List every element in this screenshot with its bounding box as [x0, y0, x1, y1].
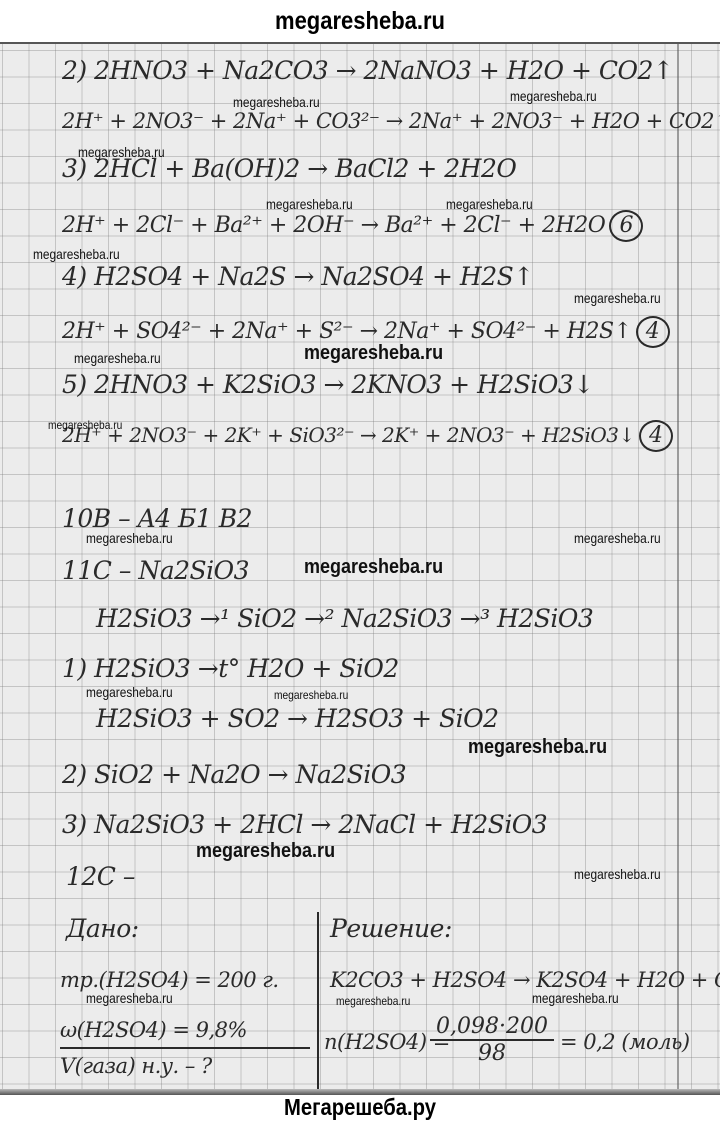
ion-count-badge: 4 [636, 316, 670, 348]
given-fraction: ω(H2SO4) = 9,8% [60, 1018, 247, 1042]
given-label: Дано: [66, 914, 139, 943]
watermark: megaresheba.ru [48, 418, 122, 432]
site-header: megaresheba.ru [43, 0, 677, 42]
given-solution-divider [317, 912, 319, 1095]
watermark: megaresheba.ru [33, 246, 120, 262]
watermark: megaresheba.ru [446, 196, 533, 212]
chain-step-1-alt: H2SiO3 + SO2 → H2SO3 + SiO2 [96, 704, 499, 733]
reaction-2-molecular: 2) 2HNO3 + Na2CO3 → 2NaNO3 + H2O + CO2↑ [62, 56, 673, 85]
reaction-4-molecular: 4) H2SO4 + Na2S → Na2SO4 + H2S↑ [62, 262, 534, 291]
watermark: megaresheba.ru [304, 556, 443, 579]
reaction-3-ionic-text: 2H⁺ + 2Cl⁻ + Ba²⁺ + 2OH⁻ → Ba²⁺ + 2Cl⁻ +… [62, 213, 605, 238]
task-12c: 12C – [66, 862, 135, 891]
chain-step-2: 2) SiO2 + Na2O → Na2SiO3 [62, 760, 406, 789]
watermark: megaresheba.ru [336, 994, 410, 1008]
calc-result: = 0,2 (моль) [560, 1030, 690, 1054]
reaction-5-ionic-text: 2H⁺ + 2NO3⁻ + 2K⁺ + SiO3²⁻ → 2K⁺ + 2NO3⁻… [62, 423, 635, 447]
ion-count-badge: 6 [609, 210, 643, 242]
find-volume: V(газа) н.у. – ? [60, 1054, 212, 1078]
answer-10b: 10B – A4 Б1 B2 [62, 504, 252, 533]
watermark: megaresheba.ru [574, 530, 661, 546]
watermark: megaresheba.ru [86, 530, 173, 546]
watermark: megaresheba.ru [574, 290, 661, 306]
given-find-separator [60, 1047, 310, 1049]
site-title: megaresheba.ru [275, 7, 445, 36]
watermark: megaresheba.ru [86, 990, 173, 1006]
watermark: megaresheba.ru [574, 866, 661, 882]
notebook-page: 2) 2HNO3 + Na2CO3 → 2NaNO3 + H2O + CO2↑ … [0, 42, 720, 1095]
reaction-2-ionic: 2H⁺ + 2NO3⁻ + 2Na⁺ + CO3²⁻ → 2Na⁺ + 2NO3… [62, 106, 720, 138]
chain-step-1: 1) H2SiO3 →t° H2O + SiO2 [62, 654, 399, 683]
watermark: megaresheba.ru [510, 88, 597, 104]
watermark: megaresheba.ru [86, 684, 173, 700]
transformation-chain: H2SiO3 →¹ SiO2 →² Na2SiO3 →³ H2SiO3 [96, 604, 593, 633]
site-footer-title: Мегарешеба.ру [284, 1094, 436, 1121]
solution-reaction: K2CO3 + H2SO4 → K2SO4 + H2O + CO2↑ [330, 968, 720, 992]
reaction-3-ionic: 2H⁺ + 2Cl⁻ + Ba²⁺ + 2OH⁻ → Ba²⁺ + 2Cl⁻ +… [62, 210, 643, 242]
watermark: megaresheba.ru [468, 736, 607, 759]
watermark: megaresheba.ru [78, 144, 165, 160]
calc-fraction: 0,098·200 98 [430, 1014, 554, 1066]
calc-denominator: 98 [430, 1041, 554, 1066]
margin-line [677, 44, 679, 1095]
calc-numerator: 0,098·200 [430, 1014, 554, 1041]
chain-step-3: 3) Na2SiO3 + 2HCl → 2NaCl + H2SiO3 [62, 810, 547, 839]
ion-count-badge: 4 [639, 420, 673, 452]
watermark: megaresheba.ru [196, 840, 335, 863]
watermark: megaresheba.ru [274, 688, 348, 702]
reaction-4-ionic-text: 2H⁺ + SO4²⁻ + 2Na⁺ + S²⁻ → 2Na⁺ + SO4²⁻ … [62, 319, 632, 344]
watermark: megaresheba.ru [304, 342, 443, 365]
watermark: megaresheba.ru [233, 94, 320, 110]
watermark: megaresheba.ru [74, 350, 161, 366]
given-mass: mр.(H2SO4) = 200 г. [60, 968, 279, 992]
site-footer: Мегарешеба.ру [43, 1093, 677, 1121]
solution-label: Решение: [330, 914, 452, 943]
reaction-2-ionic-text: 2H⁺ + 2NO3⁻ + 2Na⁺ + CO3²⁻ → 2Na⁺ + 2NO3… [62, 109, 720, 133]
reaction-5-ionic: 2H⁺ + 2NO3⁻ + 2K⁺ + SiO3²⁻ → 2K⁺ + 2NO3⁻… [62, 420, 673, 452]
watermark: megaresheba.ru [532, 990, 619, 1006]
reaction-5-molecular: 5) 2HNO3 + K2SiO3 → 2KNO3 + H2SiO3↓ [62, 370, 594, 399]
answer-11c: 11C – Na2SiO3 [62, 556, 249, 585]
watermark: megaresheba.ru [266, 196, 353, 212]
